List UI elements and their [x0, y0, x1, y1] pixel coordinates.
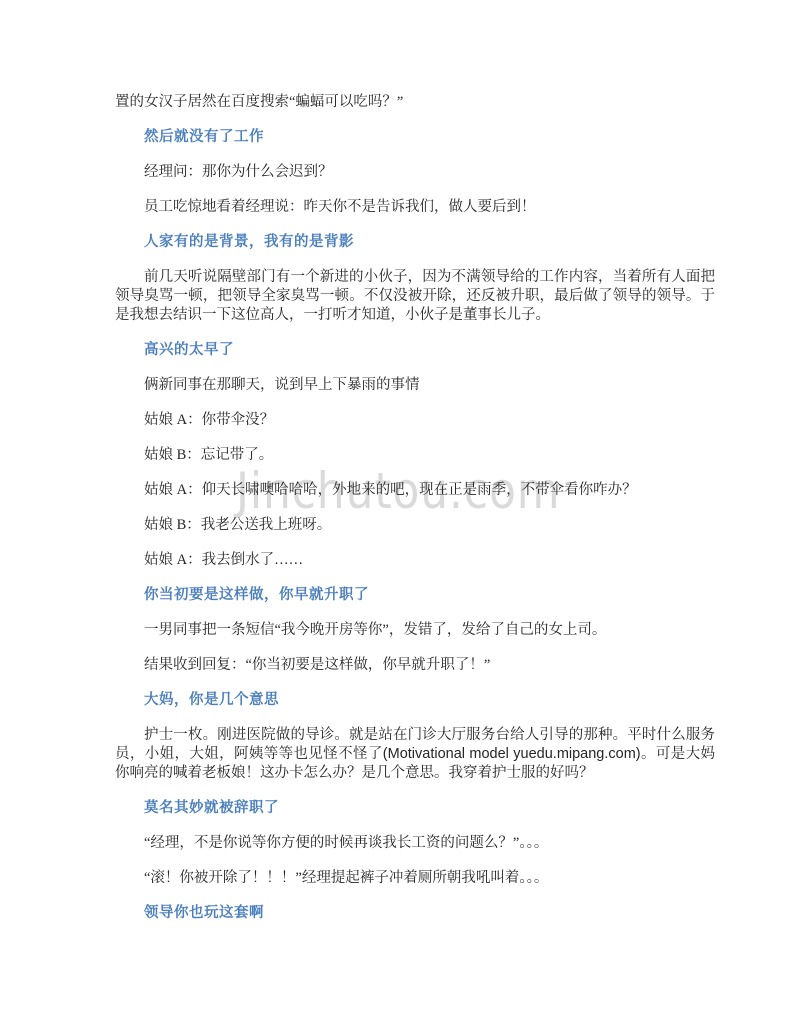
paragraph-text: 俩新同事在那聊天，说到早上下暴雨的事情	[115, 376, 715, 395]
paragraph-text: 前几天听说隔壁部门有一个新进的小伙子，因为不满领导给的工作内容，当着所有人面把领…	[115, 268, 715, 325]
inline-latin-note: (Motivational model yuedu.mipang.com)	[383, 746, 641, 762]
paragraph-text: 一男同事把一条短信“我今晚开房等你”，发错了，发给了自己的女上司。	[115, 621, 715, 640]
dialogue-line: 姑娘 B：我老公送我上班呀。	[115, 516, 715, 535]
paragraph-text: “滚！你被开除了！！！”经理提起裤子冲着厕所朝我吼叫着。。。	[115, 869, 715, 888]
joke-section-heading: 领导你也玩这套啊	[115, 904, 715, 923]
paragraph-text: 结果收到回复：“你当初要是这样做，你早就升职了！”	[115, 656, 715, 675]
paragraph-text: “经理，不是你说等你方便的时候再谈我长工资的问题么？”。。。	[115, 834, 715, 853]
joke-section-heading: 高兴的太早了	[115, 341, 715, 360]
dialogue-line: 姑娘 A：你带伞没？	[115, 411, 715, 430]
joke-section-heading: 然后就没有了工作	[115, 128, 715, 147]
dialogue-line: 姑娘 B：忘记带了。	[115, 446, 715, 465]
joke-section-heading: 你当初要是这样做，你早就升职了	[115, 586, 715, 605]
document-page: Jinchutou.com 置的女汉子居然在百度搜索“蝙蝠可以吃吗？” 然后就没…	[0, 0, 800, 1036]
paragraph-continuation: 置的女汉子居然在百度搜索“蝙蝠可以吃吗？”	[115, 93, 715, 112]
dialogue-line: 姑娘 A：我去倒水了……	[115, 551, 715, 570]
document-content: 置的女汉子居然在百度搜索“蝙蝠可以吃吗？” 然后就没有了工作 经理问：那你为什么…	[115, 93, 715, 939]
joke-section-heading: 人家有的是背景，我有的是背影	[115, 233, 715, 252]
paragraph-text: 经理问：那你为什么会迟到？	[115, 163, 715, 182]
paragraph-text: 护士一枚。刚进医院做的导诊。就是站在门诊大厅服务台给人引导的那种。平时什么服务员…	[115, 726, 715, 783]
joke-section-heading: 大妈，你是几个意思	[115, 691, 715, 710]
paragraph-text: 员工吃惊地看着经理说：昨天你不是告诉我们，做人要后到！	[115, 198, 715, 217]
joke-section-heading: 莫名其妙就被辞职了	[115, 799, 715, 818]
dialogue-line: 姑娘 A：仰天长啸噢哈哈哈，外地来的吧，现在正是雨季，不带伞看你咋办？	[115, 481, 715, 500]
